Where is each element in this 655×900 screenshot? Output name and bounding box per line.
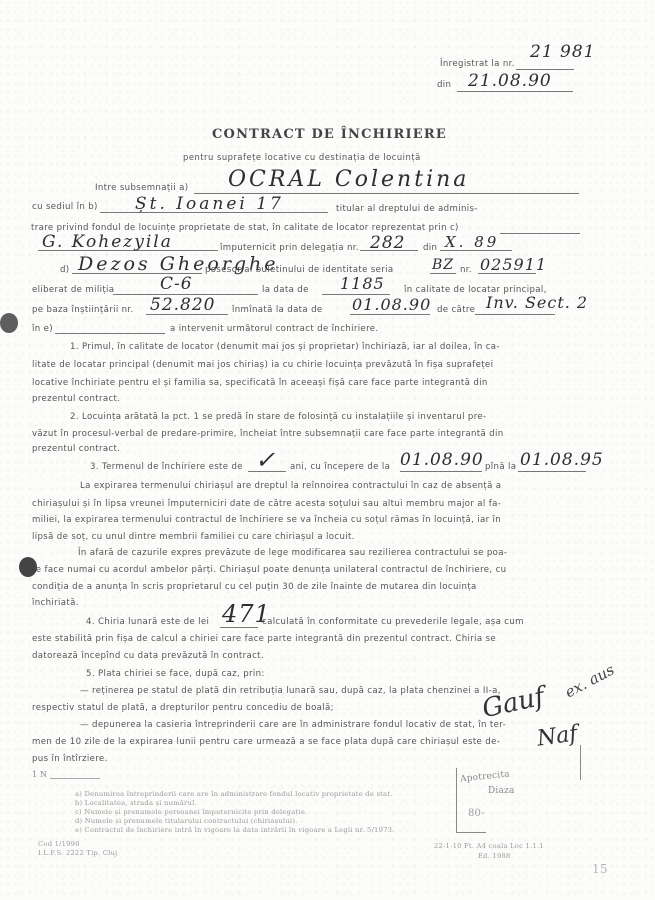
parties-line2-label: cu sediul în b) bbox=[32, 202, 98, 212]
stamp-text-1: Apotrecita bbox=[460, 769, 511, 784]
stamp-border-bottom bbox=[456, 832, 486, 833]
modification-line-4: închiriată. bbox=[32, 598, 79, 608]
clause-2-line-1: 2. Locuința arătată la pct. 1 se predă î… bbox=[70, 412, 487, 422]
payment-option2-line-1: — depunerea la casieria întreprinderii c… bbox=[80, 720, 506, 730]
delegation-number: 282 bbox=[370, 233, 405, 253]
footnote-b: b) Localitatea, strada și numărul. bbox=[75, 799, 197, 807]
representative-name: G. Kohezyila bbox=[42, 232, 173, 252]
form-edition: Ed. 1988 bbox=[478, 852, 511, 860]
term-label: 3. Termenul de închiriere este de bbox=[90, 462, 243, 472]
registration-label: Înregistrat la nr. bbox=[440, 59, 515, 69]
notice-date: 01.08.90 bbox=[352, 295, 431, 314]
id-number: 025911 bbox=[480, 255, 547, 274]
notice-number: 52.820 bbox=[150, 295, 215, 315]
term-years: ✓ bbox=[255, 446, 276, 474]
punch-hole-bottom bbox=[19, 557, 37, 577]
parties-line3-underline bbox=[500, 233, 580, 234]
punch-hole-top bbox=[0, 313, 18, 333]
parties-line8-text: a intervenit următorul contract de închi… bbox=[170, 324, 379, 334]
footnote-c: c) Numele și prenumele persoanei împuter… bbox=[75, 808, 307, 816]
payment-option1-line-1: — reținerea pe statul de plată din retri… bbox=[80, 686, 501, 696]
delegation-din-label: din bbox=[423, 243, 437, 253]
clause-1-line-1: 1. Primul, în calitate de locator (denum… bbox=[70, 342, 500, 352]
rent-line-2: este stabilită prin fișa de calcul a chi… bbox=[32, 634, 496, 644]
parties-line7-mid: înmînată la data de bbox=[232, 305, 323, 315]
registration-din-label: din bbox=[437, 80, 451, 90]
modification-line-1: În afară de cazurile expres prevăzute de… bbox=[78, 548, 507, 558]
signature-lessor: Naf bbox=[535, 721, 579, 751]
id-series: BZ bbox=[432, 257, 454, 273]
lessor-name: OCRAL Colentina bbox=[228, 167, 469, 192]
stamp-border-left bbox=[456, 768, 457, 833]
parties-line7-by-label: de către bbox=[437, 305, 475, 315]
registration-date: 21.08.90 bbox=[468, 71, 552, 91]
document-title: CONTRACT DE ÎNCHIRIERE bbox=[212, 127, 447, 142]
parties-line8-underline bbox=[55, 333, 165, 334]
corner-mark: 15 bbox=[592, 862, 608, 876]
payment-option1-line-2: respectiv statul de plată, a drepturilor… bbox=[32, 703, 334, 713]
notice-date-underline bbox=[350, 314, 430, 315]
parties-line2-suffix: titular al dreptului de adminis- bbox=[336, 204, 478, 214]
modification-line-3: condiția de a anunța în scris proprietar… bbox=[32, 582, 477, 592]
expiry-line-1: La expirarea termenului chiriașul are dr… bbox=[80, 481, 501, 491]
rent-label: 4. Chiria lunară este de lei bbox=[86, 617, 209, 627]
payment-option2-line-3: pus în întîrziere. bbox=[32, 754, 108, 764]
id-nr-label: nr. bbox=[460, 265, 472, 275]
delegation-date: X. 89 bbox=[445, 233, 499, 251]
rent-line-3: datorează începînd cu data prevăzută în … bbox=[32, 651, 264, 661]
id-series-underline bbox=[430, 273, 456, 274]
clause-1-line-3: locative închiriate pentru el și familia… bbox=[32, 378, 488, 388]
term-start-date: 01.08.90 bbox=[400, 450, 484, 470]
print-house: I.L.F.S. 2222 Tip. Cluj bbox=[38, 849, 117, 857]
registration-date-underline bbox=[457, 91, 573, 92]
parties-line4-text: împuternicit prin delegația nr. bbox=[220, 243, 359, 253]
parties-line5-label: d) bbox=[60, 265, 70, 275]
expiry-line-3: miliei, la expirarea termenului contract… bbox=[32, 515, 501, 525]
registration-number: 21 981 bbox=[530, 42, 595, 62]
registration-underline bbox=[516, 69, 574, 70]
document-subtitle: pentru suprafețe locative cu destinația … bbox=[183, 152, 421, 162]
notice-issuer-underline bbox=[475, 314, 555, 315]
signature-annotation: ex. aus bbox=[562, 661, 617, 702]
clause-2-line-2: văzut în procesul-verbal de predare-prim… bbox=[32, 429, 504, 439]
parties-line6-label: eliberat de miliția bbox=[32, 285, 114, 295]
payment-heading: 5. Plata chiriei se face, după caz, prin… bbox=[86, 669, 265, 679]
term-end-date: 01.08.95 bbox=[520, 450, 604, 470]
stamp-text-2: Diaza bbox=[488, 786, 515, 796]
militia-unit: C-6 bbox=[160, 274, 193, 294]
term-years-suffix: ani, cu începere de la bbox=[290, 462, 390, 472]
notice-issuer: Inv. Sect. 2 bbox=[486, 293, 588, 312]
stamp-border-right bbox=[580, 745, 581, 780]
print-code: Cod 1/1990 bbox=[38, 840, 80, 848]
clause-2-line-3: prezentul contract. bbox=[32, 444, 120, 454]
footnote-d: d) Numele și prenumele titularului contr… bbox=[75, 817, 298, 825]
expiry-line-4: lipsă de soț, cu unul dintre membrii fam… bbox=[32, 532, 355, 542]
id-issue-date: 1185 bbox=[340, 274, 385, 293]
footnote-a: a) Denumirea întreprinderii care are în … bbox=[75, 790, 393, 798]
expiry-line-2: chiriașului și în lipsa vreunei împutern… bbox=[32, 499, 501, 509]
modification-line-2: te face numai cu acordul ambelor părți. … bbox=[32, 565, 506, 575]
parties-line1-label: Intre subsemnații a) bbox=[95, 183, 188, 193]
form-code: 22-1-10 Ft. A4 coala Loc 1.1.1 bbox=[434, 842, 544, 850]
clause-1-line-4: prezentul contract. bbox=[32, 394, 120, 404]
document-page: Înregistrat la nr. 21 981 din 21.08.90 C… bbox=[0, 0, 655, 900]
footnote-marker: 1 N bbox=[32, 770, 47, 779]
footnote-separator bbox=[50, 778, 100, 779]
payment-option2-line-2: men de 10 zile de la expirarea lunii pen… bbox=[32, 737, 500, 747]
clause-1-line-2: litate de locatar principal (denumit mai… bbox=[32, 360, 493, 370]
term-until-label: pînă la bbox=[485, 462, 516, 472]
footnote-e: e) Contractul de închiriere intră în vig… bbox=[75, 826, 395, 834]
rent-line1-suffix: calculată în conformitate cu prevederile… bbox=[262, 617, 524, 627]
term-end-underline bbox=[518, 471, 586, 472]
term-start-underline bbox=[400, 471, 482, 472]
parties-line8-label: în e) bbox=[32, 324, 53, 334]
lessor-address: Șt. Ioanei 17 bbox=[135, 194, 284, 214]
parties-line7-label: pe baza înștiințării nr. bbox=[32, 305, 134, 315]
parties-line6-date-label: la data de bbox=[262, 285, 309, 295]
stamp-mark: 80- bbox=[468, 808, 485, 819]
